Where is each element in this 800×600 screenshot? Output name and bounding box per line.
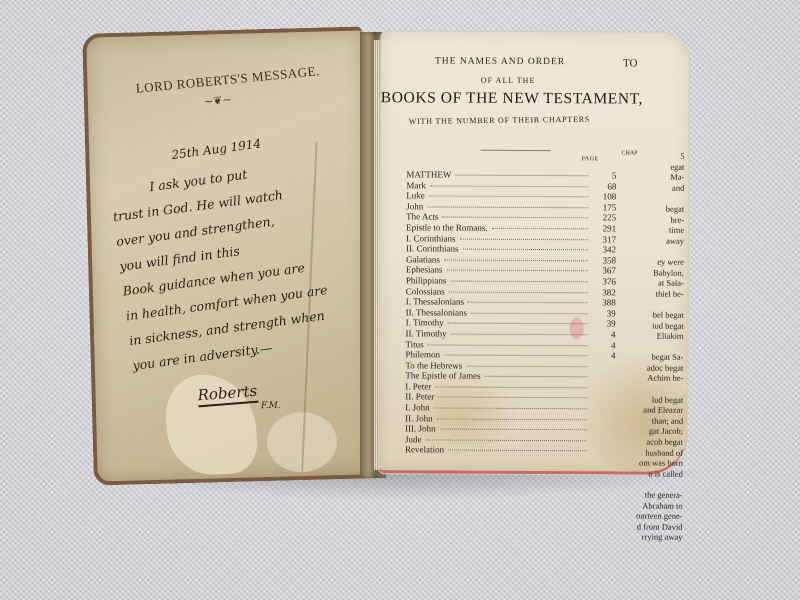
leader-dots bbox=[451, 333, 588, 335]
book-name: I. Corinthians bbox=[406, 233, 456, 243]
underlying-text-line: 5 bbox=[612, 150, 684, 161]
leader-dots bbox=[440, 429, 588, 431]
underlying-text-line: ourteen gene- bbox=[611, 511, 683, 522]
underlying-text-line: d from David bbox=[611, 521, 683, 532]
book-name: III. John bbox=[405, 424, 436, 434]
leader-dots bbox=[438, 397, 587, 399]
underlying-text-line: Achim be- bbox=[611, 373, 683, 384]
right-page-contents: THE NAMES AND ORDER TO OF ALL THE BOOKS … bbox=[379, 31, 689, 475]
book-name: Mark bbox=[406, 180, 426, 190]
book-name: Philippians bbox=[406, 275, 447, 285]
underlying-text-line: Ma- bbox=[612, 172, 684, 183]
book-name: Revelation bbox=[405, 445, 444, 455]
books-list: MATTHEW5Mark68Luke108John175The Acts225E… bbox=[405, 169, 616, 456]
underlying-text-line bbox=[612, 246, 684, 257]
leader-dots bbox=[444, 355, 587, 357]
left-page-flyleaf: LORD ROBERTS'S MESSAGE. ~❦~ 25th Aug 191… bbox=[82, 26, 374, 485]
leader-dots bbox=[485, 376, 588, 378]
leader-dots bbox=[463, 249, 589, 251]
leader-dots bbox=[429, 196, 589, 198]
book-name: Galatians bbox=[406, 254, 440, 264]
heading-line-2: OF ALL THE bbox=[481, 76, 535, 85]
leader-dots bbox=[427, 206, 588, 208]
book-name: II. Corinthians bbox=[406, 243, 459, 253]
leader-dots bbox=[434, 408, 588, 410]
heading-subtitle: WITH THE NUMBER OF THEIR CHAPTERS bbox=[409, 115, 591, 126]
underlying-text-line bbox=[611, 479, 683, 490]
divider-rule bbox=[481, 150, 551, 151]
book-name: II. Peter bbox=[405, 392, 434, 402]
book-entry: Revelation bbox=[405, 445, 615, 457]
underlying-text-line: o is called bbox=[611, 468, 683, 479]
book-name: II. John bbox=[405, 413, 433, 423]
underlying-text-line: ey were bbox=[612, 256, 684, 267]
leader-dots bbox=[450, 281, 587, 283]
underlying-text-line: and Eleazar bbox=[611, 405, 683, 416]
underlying-text-line bbox=[612, 299, 684, 310]
leader-dots bbox=[468, 302, 588, 304]
underlying-text-line: acob begat bbox=[611, 436, 683, 447]
signature-suffix: F.M. bbox=[261, 401, 281, 412]
heading-to: TO bbox=[623, 57, 638, 69]
message-title: LORD ROBERTS'S MESSAGE. bbox=[135, 63, 320, 97]
handwritten-message: I ask you to put trust in God. He will w… bbox=[108, 150, 362, 378]
underlying-text-line: than; and bbox=[611, 415, 683, 426]
underlying-text-line: adoc begat bbox=[611, 362, 683, 373]
leader-dots bbox=[444, 259, 588, 261]
heading-main: BOOKS OF THE NEW TESTAMENT, bbox=[381, 89, 643, 108]
book-name: Jude bbox=[405, 434, 422, 444]
underlying-text-line: and bbox=[612, 182, 684, 193]
underlying-text-line: lud begat bbox=[611, 394, 683, 405]
book-entry: MATTHEW5 bbox=[406, 169, 616, 181]
underlying-text-line bbox=[612, 193, 684, 204]
leader-dots bbox=[448, 323, 588, 325]
leader-dots bbox=[442, 217, 588, 219]
underlying-text-line: husband of bbox=[611, 447, 683, 458]
book-name: MATTHEW bbox=[406, 169, 451, 179]
underlying-text-line: om was born bbox=[611, 458, 683, 469]
underlying-page-text: 5egatMa-andbegatbre-timeawayey wereBabyl… bbox=[610, 150, 684, 542]
book-name: I. Peter bbox=[405, 381, 431, 391]
leader-dots bbox=[460, 238, 589, 240]
book-name: The Acts bbox=[406, 212, 438, 222]
book-name: Colossians bbox=[406, 286, 445, 296]
leader-dots bbox=[446, 270, 588, 272]
leader-dots bbox=[449, 291, 588, 293]
underlying-text-line: at Sala- bbox=[612, 278, 684, 289]
underlying-text-line bbox=[611, 341, 683, 352]
underlying-text-line: Eliakim bbox=[612, 331, 684, 342]
book-name: Epistle to the Romans. bbox=[406, 222, 488, 232]
underlying-text-line: time bbox=[612, 225, 684, 236]
underlying-text-line: gat Jacob; bbox=[611, 426, 683, 437]
leader-dots bbox=[428, 344, 588, 346]
underlying-text-line bbox=[611, 383, 683, 394]
underlying-text-line: iud begat bbox=[612, 320, 684, 331]
book-name: I. Thessalonians bbox=[406, 296, 464, 306]
heading-line-1: THE NAMES AND ORDER bbox=[435, 56, 565, 67]
leader-dots bbox=[435, 386, 587, 388]
leader-dots bbox=[437, 418, 588, 420]
underlying-text-line: egat bbox=[612, 161, 684, 172]
book-name: John bbox=[406, 201, 423, 211]
book-name: II. Thessalonians bbox=[406, 307, 467, 317]
book-name: II. Timothy bbox=[406, 328, 447, 338]
book-name: Luke bbox=[406, 191, 425, 201]
leader-dots bbox=[455, 175, 588, 177]
leader-dots bbox=[466, 365, 587, 367]
book-name: Titus bbox=[405, 339, 423, 349]
underlying-text-line: thiel be- bbox=[612, 288, 684, 299]
book-name: I. Timothy bbox=[406, 318, 444, 328]
underlying-text-line: the genera- bbox=[611, 489, 683, 500]
leader-dots bbox=[426, 439, 588, 441]
underlying-text-line: bre- bbox=[612, 214, 684, 225]
column-header-page: PAGE bbox=[581, 156, 598, 162]
book-name: I. John bbox=[405, 402, 430, 412]
underlying-text-line: Babylon, bbox=[612, 267, 684, 278]
book-entry: II. Timothy4 bbox=[406, 328, 616, 340]
book-name: Philemon bbox=[405, 349, 440, 359]
book-name: The Epistle of James bbox=[405, 371, 480, 381]
underlying-text-line: away bbox=[612, 235, 684, 246]
underlying-text-line: begat bbox=[612, 203, 684, 214]
underlying-text-line: rrying away bbox=[610, 532, 682, 543]
handwritten-date: 25th Aug 1914 bbox=[171, 136, 262, 162]
book-name: To the Hebrews bbox=[405, 360, 462, 370]
underlying-text-line: begat Sa- bbox=[611, 352, 683, 363]
book-entry: The Epistle of James bbox=[405, 371, 615, 383]
leader-dots bbox=[492, 228, 589, 230]
leader-dots bbox=[448, 450, 587, 452]
leader-dots bbox=[471, 312, 588, 314]
book-name: Ephesians bbox=[406, 265, 443, 275]
ornament-icon: ~❦~ bbox=[203, 93, 232, 109]
underlying-text-line: bel begat bbox=[612, 309, 684, 320]
leader-dots bbox=[430, 185, 589, 187]
underlying-text-line: Abraham to bbox=[611, 500, 683, 511]
